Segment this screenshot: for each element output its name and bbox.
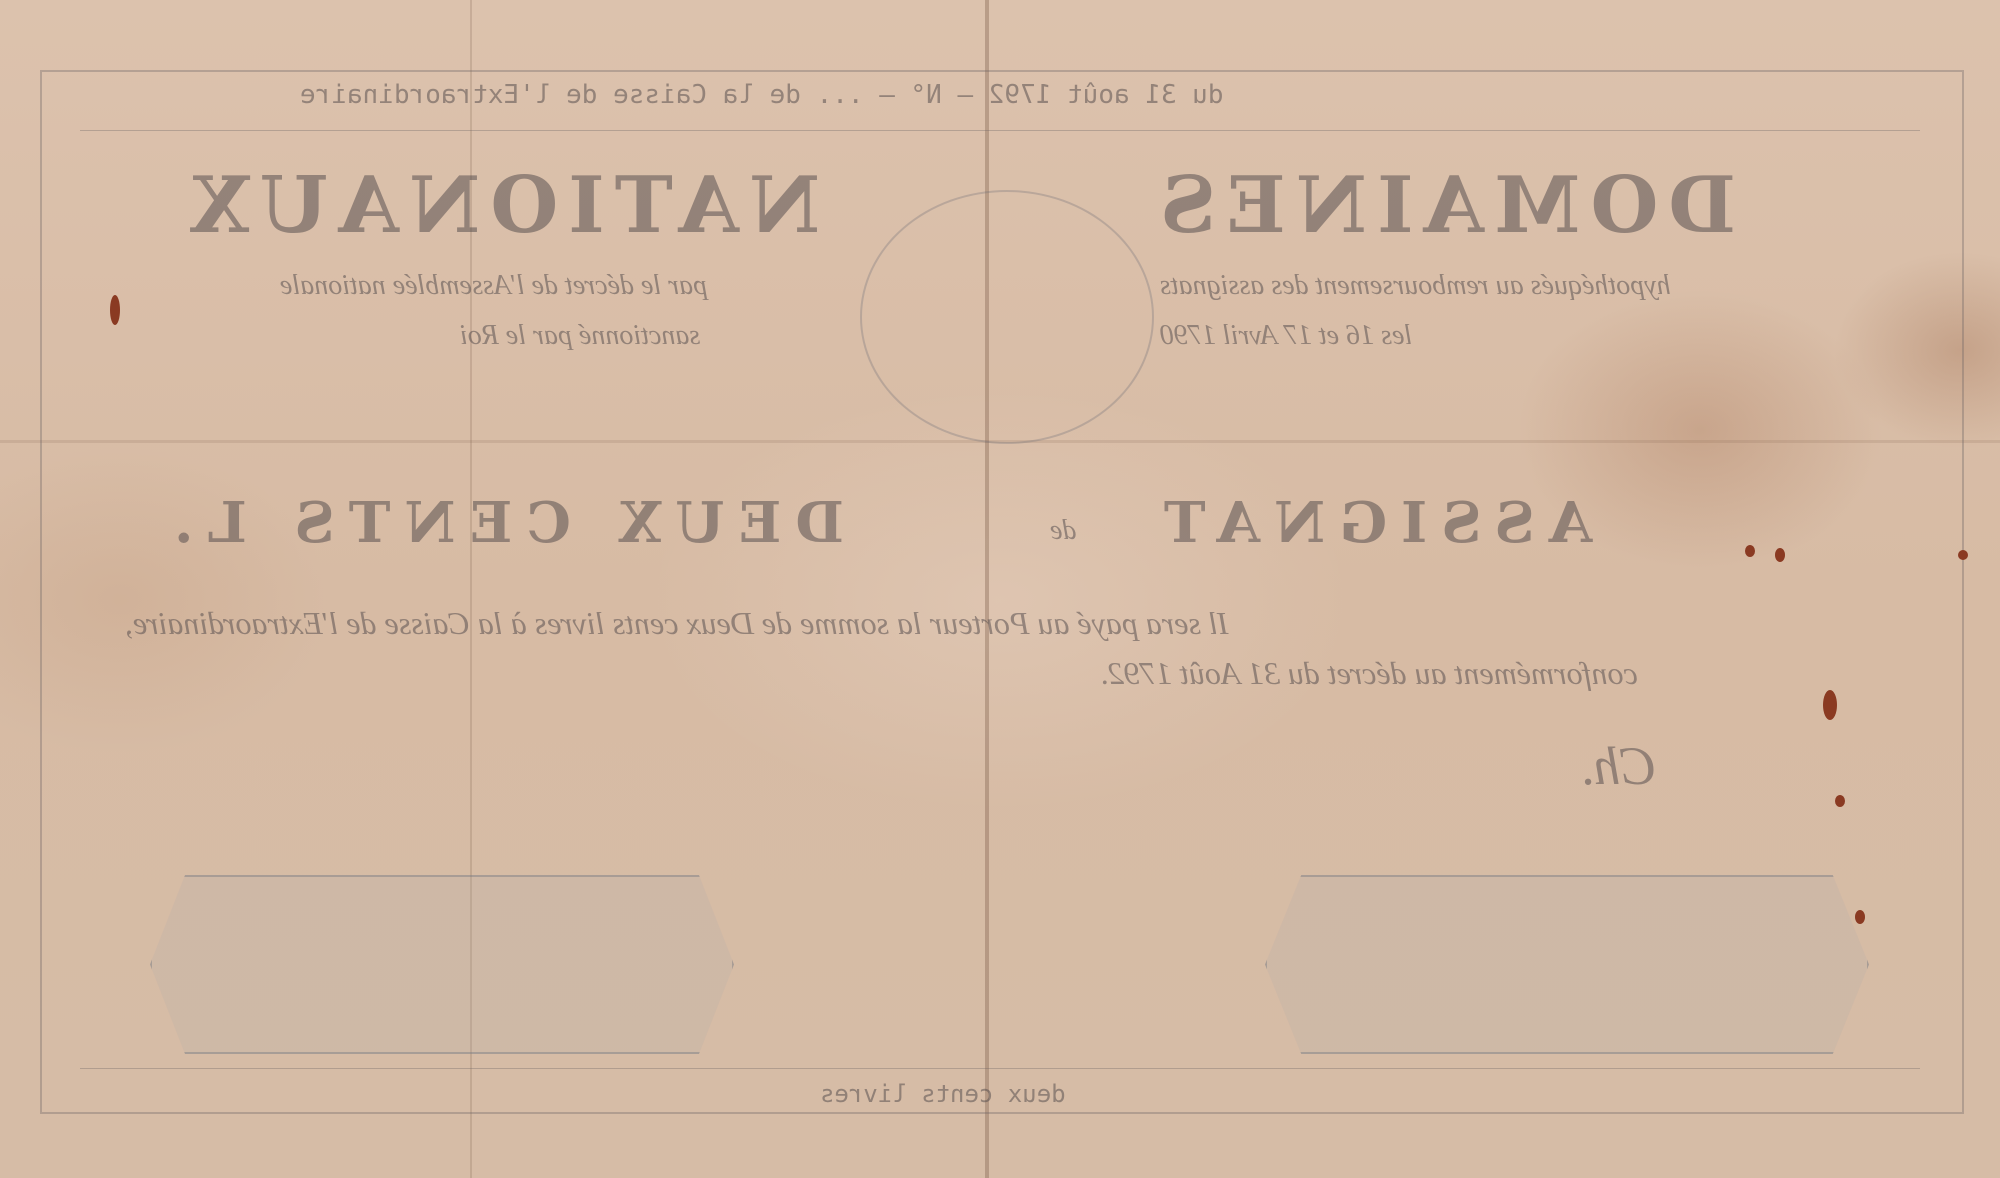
- body-line-2: conformément au décret du 31 Août 1792.: [1100, 655, 1638, 692]
- ink-stain: [1823, 690, 1837, 720]
- subheading-right-2: les 16 et 17 Avril 1790: [1160, 320, 1412, 352]
- ink-stain: [1775, 548, 1785, 562]
- denomination-text: DEUX CENTS L.: [160, 490, 844, 556]
- banknote-paper: du 31 août 1792 — N° — ... de la Caisse …: [0, 0, 2000, 1178]
- signature: Ch.: [1580, 735, 1657, 797]
- heading-left: NATIONAUX: [180, 160, 820, 251]
- bottom-band-line: [80, 1068, 1920, 1069]
- cartouche-left: [150, 875, 734, 1054]
- seal-watermark: [860, 190, 1154, 444]
- denomination-connector: de: [1050, 515, 1076, 547]
- heading-right: DOMAINES: [1150, 160, 1736, 251]
- subheading-right-1: hypothéqués au remboursement des assigna…: [1160, 270, 1671, 302]
- body-line-1: Il sera payé au Porteur la somme de Deux…: [125, 605, 1229, 642]
- top-band-line: [80, 130, 1920, 131]
- subheading-left-2: sanctionné par le Roi: [460, 320, 700, 352]
- assignat-title: ASSIGNAT: [1150, 490, 1592, 556]
- bottom-band-text: deux cents livres: [820, 1080, 1066, 1108]
- cartouche-right: [1265, 875, 1869, 1054]
- ink-stain: [1958, 550, 1968, 560]
- subheading-left-1: par le décret de l'Assemblée nationale: [280, 270, 707, 302]
- top-band-text: du 31 août 1792 — N° — ... de la Caisse …: [300, 80, 1224, 110]
- ink-stain: [1855, 910, 1865, 924]
- ink-stain: [1835, 795, 1845, 807]
- ink-stain: [1745, 545, 1755, 557]
- ink-stain: [110, 295, 120, 325]
